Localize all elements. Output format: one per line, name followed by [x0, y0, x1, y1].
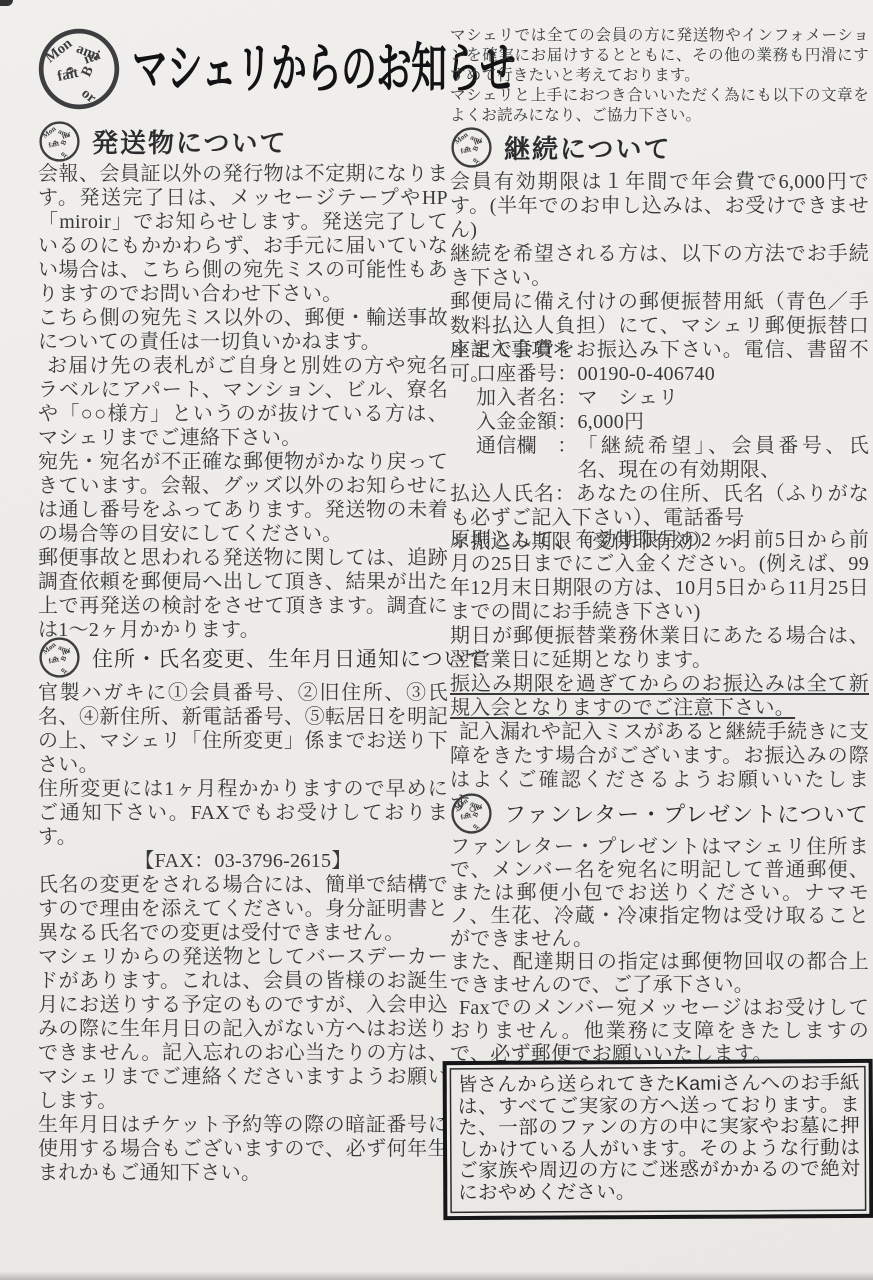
body-paragraph: マシェリからの発送物としてバースデーカードがあります。これは、会員の皆様のお誕生…	[38, 945, 448, 1113]
club-stamp-icon	[450, 126, 493, 169]
warning-box: 皆さんから送られてきたKamiさんへのお手紙は、すべてご実家の方へ送っております…	[443, 1059, 873, 1220]
address-change-body: 官製ハガキに①会員番号、②旧住所、③氏名、④新住所、新電話番号、⑤転居日を明記の…	[38, 681, 448, 1185]
body-paragraph: 継続を希望される方は、以下の方法でお手続き下さい。	[450, 242, 869, 290]
body-paragraph: また、配達期日の指定は郵便物回収の都合上できませんので、ご了承下さい。	[450, 951, 869, 997]
section-title: 発送物について	[92, 123, 287, 160]
warning-box-text: 皆さんから送られてきたKamiさんへのお手紙は、すべてご実家の方へ送っております…	[458, 1073, 861, 1204]
scan-corner-mark	[0, 0, 13, 6]
underlined-warning-text: 振込み期限を過ぎてからのお振込みは全て新規入会となりますのでご注意下さい。	[450, 672, 869, 720]
field-label: 入金金額：	[476, 410, 578, 434]
field-label: 口座番号：	[476, 362, 578, 386]
body-paragraph: 会報、会員証以外の発行物は不定期になります。発送完了日は、メッセージテープやHP…	[38, 162, 448, 306]
body-paragraph: 郵便事故と思われる発送物に関しては、追跡調査依頼を郵便局へ出して頂き、結果が出た…	[38, 546, 448, 642]
body-paragraph: ファンレター・プレゼントはマシェリ住所まで、メンバー名を宛名に明記して普通郵便、…	[450, 836, 869, 951]
body-paragraph: 期日が郵便振替業務休業日にあたる場合は、翌営業日に延期となります。	[450, 624, 869, 672]
section-heading-fanletter: ファンレター・プレゼントについて	[450, 792, 869, 835]
fax-number-line: 【FAX：03-3796-2615】	[38, 849, 448, 873]
club-stamp-icon	[38, 636, 81, 679]
body-paragraph: 住所変更には1ヶ月程かかりますので早めにご通知下さい。FAXでもお受けしておりま…	[38, 777, 448, 849]
payer-name-line: 払込人氏名：あなたの住所、氏名（ふりがなも必ずご記入下さい）、電話番号	[450, 482, 869, 530]
entry-field-row: 通信欄 ： 「継続希望」、会員番号、氏名、現在の有効期限、	[450, 434, 869, 482]
intro-paragraph: マシェリでは全ての会員の方に発送物やインフォメーションを確実にお届けするとともに…	[450, 26, 869, 86]
section-title: 継続について	[504, 129, 671, 166]
section-heading-shipping: 発送物について	[38, 120, 287, 163]
body-paragraph: 氏名の変更をされる場合には、簡単で結構ですので理由を添えてください。身分証明書と…	[38, 873, 448, 945]
shipping-body: 会報、会員証以外の発行物は不定期になります。発送完了日は、メッセージテープやHP…	[38, 162, 448, 642]
entry-field-row: 加入者名： マ シェリ	[450, 386, 869, 410]
club-stamp-icon	[38, 120, 81, 163]
memo-field-value: 「継続希望」、会員番号、氏名、現在の有効期限、	[578, 434, 870, 482]
body-paragraph: 原則として、有効期限月の2ヶ月前5日から前月の25日までにご入金ください。(例え…	[450, 528, 869, 624]
body-paragraph: Faxでのメンバー宛メッセージはお受けしておりません。他業務に支障をきたしますの…	[450, 997, 869, 1066]
account-holder-value: マ シェリ	[578, 386, 870, 410]
entry-field-row: 入金金額： 6,000円	[450, 410, 869, 434]
body-paragraph: 生年月日はチケット予約等の際の暗証番号に使用する場合もございますので、必ず何年生…	[38, 1113, 448, 1185]
field-label: 加入者名：	[476, 386, 578, 410]
payment-amount-value: 6,000円	[578, 410, 870, 434]
body-paragraph: 宛先・宛名が不正確な郵便物がかなり戻ってきています。会報、グッズ以外のお知らせに…	[38, 450, 448, 546]
body-paragraph: 官製ハガキに①会員番号、②旧住所、③氏名、④新住所、新電話番号、⑤転居日を明記の…	[38, 681, 448, 777]
intro-paragraph: マシェリと上手におつき合いいただく為にも以下の文章をよくお読みになり、ご協力下さ…	[450, 86, 869, 126]
renewal-deadline-body: 原則として、有効期限月の2ヶ月前5日から前月の25日までにご入金ください。(例え…	[450, 528, 869, 816]
body-paragraph: 会員有効期限は１年間で年会費で6,000円です。(半年でのお申し込みは、お受けで…	[450, 170, 869, 242]
fanletter-body: ファンレター・プレゼントはマシェリ住所まで、メンバー名を宛名に明記して普通郵便、…	[450, 836, 869, 1066]
body-paragraph: お届け先の表札がご自身と別姓の方や宛名ラベルにアパート、マンション、ビル、寮名や…	[38, 354, 448, 450]
section-title: ファンレター・プレゼントについて	[504, 798, 869, 829]
account-number-value: 00190-0-406740	[578, 362, 870, 386]
section-heading-address-change: 住所・氏名変更、生年月日通知について	[38, 636, 488, 679]
entry-field-row: 口座番号： 00190-0-406740	[450, 362, 869, 386]
scan-edge	[0, 1271, 873, 1280]
section-heading-renewal: 継続について	[450, 126, 671, 169]
payment-entry-block: ＊記入事項＊ 口座番号： 00190-0-406740 加入者名： マ シェリ …	[450, 338, 869, 554]
section-title: 住所・氏名変更、生年月日通知について	[92, 643, 488, 673]
field-label: 通信欄 ：	[476, 434, 578, 482]
club-stamp-icon	[450, 792, 493, 835]
club-stamp-icon	[36, 26, 122, 112]
intro-text: マシェリでは全ての会員の方に発送物やインフォメーションを確実にお届けするとともに…	[450, 26, 869, 126]
body-paragraph: こちら側の宛先ミス以外の、郵便・輸送事故についての責任は一切負いかねます。	[38, 306, 448, 354]
entry-items-header: ＊記入事項＊	[450, 338, 869, 362]
